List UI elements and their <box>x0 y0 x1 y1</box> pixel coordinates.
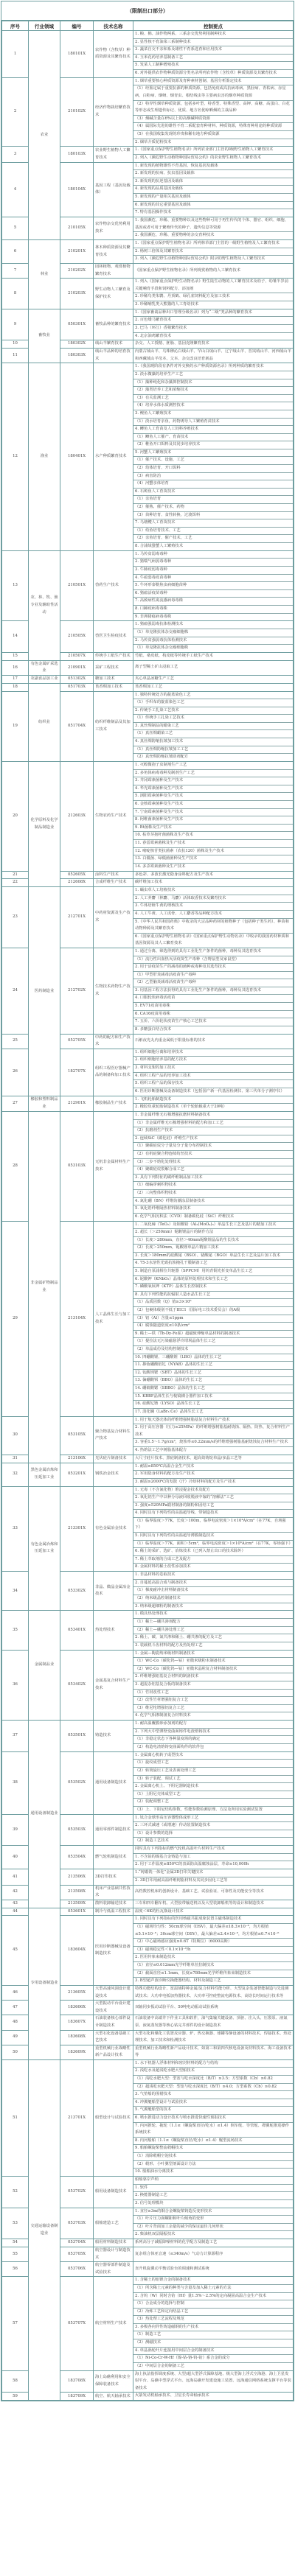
tech-code: 053401X <box>60 1611 94 1650</box>
control-point: 4. 化学气相渗制备复合材料技术 <box>133 1712 293 1720</box>
control-point: （2）WC-Co（碳化钨—钴）亚微米晶粒复合材料制备技术 <box>133 1666 293 1674</box>
tech-code: 053704X <box>60 2239 94 2247</box>
control-point: 1. 二氧化碲（TeO₂）及钼酸铅（Al₂(MoO₄)₃）单晶生长工艺及基片的精… <box>133 1222 293 1230</box>
tech-code: 183708X <box>60 2370 94 2393</box>
control-point: 5. 牛环形泰勒焦虫病细胞苗种 <box>133 582 293 590</box>
control-point: 海上执法指挥调度系统、大型/超大型浮式保障基地、极大型海上浮式空海港、海上卫星发… <box>133 2371 293 2393</box>
control-point: 2. 金属离心机上、下阻尼器制造技术 <box>133 1783 293 1791</box>
control-point: 5.《中华人民共和国药典》中收录的大宗品种药材的植物种子（包括种子类生药）、种苗… <box>133 919 293 934</box>
tech-name: 中药材资源及生产技术 <box>94 887 133 948</box>
control-point: （2）改性竹材增强铝复合工艺 <box>133 1697 293 1705</box>
industry-domain: 农业 <box>29 31 60 240</box>
tech-code: 053707X <box>60 2277 94 2370</box>
row-number: 59 <box>2 2393 29 2401</box>
tech-code: 053201X <box>60 1463 94 1486</box>
row-number: 56 <box>2 2262 29 2277</box>
control-points: 碳纤维加工技术 <box>133 879 294 887</box>
row-number: 22 <box>2 879 29 887</box>
control-point: 竹纸、桑皮纸、构皮纸等传统手工纸生产技术 <box>133 653 293 660</box>
tech-name: 航空器设计与制造技术 <box>94 2247 133 2261</box>
control-point: 4. 真丝绸防缩抗皱加工技术 <box>133 738 293 746</box>
control-points: 重型机械行业战略性新产品设计技术，如第三和第四代核电设备及材料技术、海工设备技术… <box>133 2045 294 2059</box>
control-points: 《国家重点保护野生植物名录》所列观赏植物的人工繁育技术 <box>133 264 294 279</box>
row-number: 8 <box>2 279 29 309</box>
control-point: 高档数控机床的创新设计、基础工艺、试验验证、可靠性及功能安全等技术 <box>133 1889 293 1896</box>
industry-domain: 有色金属冶炼和压延加工业 <box>29 1486 60 1611</box>
control-point: 3. 多极各向异性铸造磁钢的生产技术 <box>133 2324 293 2332</box>
row-number: 41 <box>2 1869 29 1885</box>
tech-code: 180104X <box>60 162 94 217</box>
control-point: 3. 信号处理模块 <box>133 2200 293 2208</box>
control-point: （1）上阻尼壳体成型工艺 <box>133 1791 293 1799</box>
tech-code: 052705X <box>60 1034 94 1049</box>
control-points: 莨香绸加工工艺 <box>133 683 294 691</box>
control-points: 海上执法指挥调度系统、大型/超大型浮式保障基地、极大型海上浮式空海港、海上卫星发… <box>133 2370 294 2393</box>
tech-name: 航空材料生产技术 <box>94 2277 133 2370</box>
tech-code: 210501X <box>60 550 94 621</box>
row-number: 53 <box>2 2208 29 2239</box>
row-number: 13 <box>2 550 29 621</box>
row-number: 3 <box>2 147 29 162</box>
control-point: 2. 显性核不育油菜三系制种技术 <box>133 39 293 47</box>
control-points: 竹纸、桑皮纸、构皮纸等传统手工纸生产技术 <box>133 652 294 660</box>
industry-domain: 有色金属矿采选业 <box>29 660 60 675</box>
control-points: 1. 耐温≥850℃高温合金生产技术2. 军用隐身材料的配方及生产技术3. 耐温… <box>133 1463 294 1486</box>
control-point: 2. 传统手工扎染工艺技术 <box>133 707 293 715</box>
control-point: 8. 内河船舶（1.1≤（螺旋桨直径/吃水）≤1.4）艉型流场技术 <box>133 2138 293 2146</box>
control-point: 9. Bt菌株及生产技术 <box>133 825 293 833</box>
tech-name: 绒山羊繁育技术 <box>94 340 133 349</box>
control-point: （2）构造电渣熔铸变曲面构件的软件包 <box>133 1744 293 1751</box>
industry-domain: 交通运输设备制造业 <box>29 2059 60 2400</box>
control-point: （1）长度＞280mm，直径＞40mm铌酸锂晶品的生长技术 <box>133 1237 293 1245</box>
control-point: （2）中间层合金的制备工艺 <box>133 2363 293 2370</box>
tech-name: 野生动物人工繁育及保护技术 <box>94 279 133 309</box>
control-point: 2. 新发现的抗病、抗虫基因及载体 <box>133 170 293 178</box>
tech-name: 3D打印技术 <box>94 1869 133 1885</box>
control-point: （2）有机硅聚合物连续纺丝技术 <box>133 1151 293 1159</box>
tech-name: 绒山羊品种的培育技术 <box>94 349 133 363</box>
tech-code: 213104X <box>60 1221 94 1416</box>
control-point: 2. 医用传象束制造技术 <box>133 1954 293 1962</box>
table-row: 12渔业180401X水产种质繁育技术1.《我国现阶段有条件对外交换的水产种质资… <box>2 363 294 550</box>
control-point: （1）聚碳硅烷分子量及分子量分布控制技术 <box>133 1143 293 1151</box>
control-point: 6. 化学气相沉积法（CVD）制备碳化硅（SiC）纤维技术 <box>133 1214 293 1221</box>
tech-code: 180103X <box>60 147 94 162</box>
control-points: 1.《国家重点保护野生植物名录》所列农业部门主管的I级野生植物人工繁育技术2. … <box>133 147 294 162</box>
industry-domain: 非金属矿物制品业 <box>29 1112 60 1463</box>
control-point: 2. 超长（＞250mm）铌酸锂晶片的制作方法 <box>133 1229 293 1237</box>
tech-name: 纺织纤维制品及其加工技术 <box>94 691 133 762</box>
control-point: （2）制造工艺技术 <box>133 1838 293 1845</box>
control-point: 3. 蔬菜自交不亲和系及雄性不育系选育和应用技术 <box>133 46 293 55</box>
tech-code: 053703X <box>60 2208 94 2239</box>
control-point: （2）叶片背面加工余量的减少的保证最佳几何形状 <box>133 2224 293 2232</box>
control-point: 4. 华光霉素菌种及生产技术 <box>133 785 293 794</box>
control-point: （1）提拉法无污染磁悬浮冷坩埚晶体生长工艺 <box>133 1338 293 1346</box>
tech-code: 182707X <box>60 1049 94 1096</box>
control-point: 2. 我国濒危、珍稀、重要物种的杂交育种技术 <box>133 232 293 239</box>
control-point: 8. 多糖蛋白结合技术 <box>133 1026 293 1034</box>
control-points: 离子型稀土矿山浸取工艺 <box>133 660 294 675</box>
control-points: 1.《国家畜禽品种出口管理分级名录》列为“二级”类品种的繁育技术2. 百色矮马繁… <box>133 309 294 340</box>
control-point: 6. 铌酸钾（KNbO₃）晶体的原料处理技术和生长工艺 <box>133 1276 293 1284</box>
control-point: （1）催产技术、设施、工艺 <box>133 457 293 465</box>
tech-name: 铸造技术 <box>94 1721 133 1752</box>
control-point: 2. 含钨（W）同时含铪（Hf）量1.5%～2.5%的定向凝固高温合金生产技术 <box>133 2293 293 2301</box>
control-point: 5. 同时具有下列特性的高温超导薄膜制造技术 <box>133 1533 293 1541</box>
control-point: 5. 气翼艇船型的技术 <box>133 2107 293 2115</box>
control-point: （3）维尼纶增强铝复合工艺 <box>133 1705 293 1713</box>
row-number: 7 <box>2 264 29 279</box>
tech-name: 制冷与低温工程技术 <box>94 1908 133 1916</box>
control-points: 三车和四车翻车机、大型胶带输送机以及大型装卸船机等的设计和制造技术 <box>133 1900 294 1908</box>
industry-domain: 农、林、牧、渔专业及辅助性活动 <box>29 550 60 660</box>
control-point: 2. 用于高压容器（压力≥25MPa）的纤维增强树脂基耐烧蚀、隔热、防热、复合材… <box>133 1424 293 1439</box>
row-number: 34 <box>2 1572 29 1611</box>
row-number: 29 <box>2 1221 29 1416</box>
control-points: 内蒙古绒山羊、乌珠穆沁白绒山羊、罕山白绒山羊、辽宁绒山羊、晋岚绒山羊、河西绒山羊… <box>133 349 294 363</box>
control-point: 2. 人工养麝（林麝、马麝）活体取香技术及繁育技术 <box>133 895 293 903</box>
control-point: 2. 自蔓延高温合成与制备技术 <box>133 1580 293 1588</box>
control-point: 2. 三环式减速（或增速）传动装置制造技术 <box>133 1822 293 1830</box>
control-point: 2. 连续SiC（碳化硅）纤维生产技术 <box>133 1135 293 1144</box>
tech-name: 通用零部件制造技术 <box>94 1814 133 1846</box>
industry-domain: 医药制造业 <box>29 887 60 1096</box>
control-point: （3）转子装配、调试工艺 <box>133 1776 293 1784</box>
control-point: 2. 多角体病毒毒种及制剂生产工艺 <box>133 770 293 778</box>
control-points: 特殊功能结构设计、宽温域特种金属/复合材料性能分析、大型复杂装备智能制造与先进测… <box>133 1985 294 2000</box>
row-number: 10 <box>2 340 29 349</box>
control-point: （4）培养水体水质测控技术 <box>133 402 293 410</box>
control-point: （2）特异性烟草种质资源，包括多叶型、特香型、特殊香型、高钾、高糖、高蛋白、白花… <box>133 101 293 116</box>
control-point: 1. 组织细胞分离和培养技术 <box>133 1049 293 1057</box>
control-point: 7. 高致病性禽流感病毒毒株 <box>133 598 293 606</box>
tech-name: 畜牧品种的繁育技术 <box>94 309 133 340</box>
tech-name: 基因工程（基因及载体） <box>94 162 133 217</box>
tech-name: 人工晶体生长与加工技术 <box>94 1221 133 1416</box>
header-points: 控制要点 <box>133 21 294 31</box>
control-point: 2. 百色矮马繁育技术 <box>133 317 293 325</box>
tech-code: 213701X <box>60 2059 94 2176</box>
tech-code: 053601X <box>60 1908 94 1916</box>
control-points: 石斛夜光丸内重金属低于限量标准的技术 <box>133 1034 294 1049</box>
control-point: 重型机械行业战略性新产品设计技术，如第三和第四代核电设备及材料技术、海工设备技术… <box>133 2045 293 2059</box>
industry-domain: 黑色金属冶炼和压延加工业 <box>29 1463 60 1486</box>
tech-code: 053402X <box>60 1650 94 1721</box>
table-row: 33有色金属冶炼和压延加工业213301X有色金属冶金技术1. 无毒（不含氰化物… <box>2 1486 294 1572</box>
control-point: 4. 75-3水溶性光致抗蚀掩孔干膜制备工艺 <box>133 1260 293 1268</box>
control-point: 离子型稀土矿山浸取工艺 <box>133 664 293 671</box>
control-point: 2. 马传贫强弱毒抗体检测技术 <box>133 637 293 645</box>
header-no: 序号 <box>2 21 29 31</box>
control-point: 2. 珍稀鸟类朱鹮、丹顶鹤、绿孔雀饲料配方及加工技术 <box>133 293 293 301</box>
control-point: （2）藻类培养工艺和浓缩技术 <box>133 387 293 395</box>
control-point: 9. 非洲猪瘟病毒毒株 <box>133 614 293 621</box>
control-point: 6. 金核霉素菌种及生产技术 <box>133 801 293 809</box>
tech-name: 经济作物栽培繁育技术 <box>94 77 133 147</box>
control-points: 1. 非晶材料的卷取技术2. 自蔓延高温合成与制备技术（1）梯度耐冲击材料制备技… <box>133 1572 294 1611</box>
control-point: 2. 换能器制造工艺 <box>133 2192 293 2200</box>
control-point: 双轴同步振动试验平台、50吨电动振动试验系统 <box>133 2004 293 2012</box>
control-point: （1）磁场均匀性：50cm球空间（DSV），最大偏差≤18.3×10⁻⁶，均方根… <box>133 1924 293 1939</box>
control-point: 2. 氧化铝生产中以种分母液回收脱液中镓的“溶解法”工艺 <box>133 1494 293 1502</box>
table-row: 44专用设备制造业053601X制冷与低温工程技术温度＜6K的杜瓦瓶设计技术 <box>2 1908 294 1916</box>
control-point: 4. 口服轮状病毒活疫苗 <box>133 995 293 1003</box>
control-point: 1. 猪瘟强弱毒抗体检测技术 <box>133 621 293 629</box>
control-points: 1. 马传贫弱毒毒种2. 猪喘气病弱毒毒种3. 牛肺疫弱毒毒种4. 牛瘟弱毒疫苗… <box>133 550 294 621</box>
tech-code: 213605X <box>60 1985 94 2000</box>
table-body: 1农业180101X农作物（含牧草）种质资源及其繁育技术1. 粮、棉、油作物两系… <box>2 31 294 2401</box>
industry-domain: 渔业 <box>29 363 60 550</box>
tech-name: 兽药生产技术 <box>94 550 133 621</box>
control-point: 石油装备中高端井下作业工具和软件，油气集输关键设备、顶驱、注入头、压裂泵、液氮泵… <box>133 2015 293 2029</box>
table-row: 13农、林、牧、渔专业及辅助性活动210501X兽药生产技术1. 马传贫弱毒毒种… <box>2 550 294 621</box>
control-point: 7. 特有基因操作技术 <box>133 209 293 217</box>
control-point: 3. 用基因工程方法获得的具有工业化生产条件的菌种，毒种及其选育技术 <box>133 987 293 995</box>
tech-code: 212901X <box>60 1096 94 1111</box>
tech-code: 183609X <box>60 2045 94 2059</box>
control-point: 12. 钛酸钡锶（SBT）晶体的生长工艺 <box>133 1370 293 1378</box>
control-point: 2. 用于工作温度≥850℃的表面防高温腐蚀涂层，寿命≥10,000h <box>133 1861 293 1869</box>
tech-code: 180101X <box>60 31 94 78</box>
row-number: 43 <box>2 1900 29 1908</box>
row-number: 32 <box>2 1463 29 1486</box>
control-point: （1）设计参数的选择 <box>133 1830 293 1838</box>
control-point: （2）乙型脑炎减毒活疫苗生产毒种 <box>133 979 293 987</box>
tech-name: 林木种质资源及其繁育技术 <box>94 240 133 264</box>
control-point: 9. 稀土—铁（Tb-Dy-Fe系）超磁致伸缩单晶材料的制备技术 <box>133 1331 293 1339</box>
control-point: 1. 粮、棉、油作物两系、三系杂交优势利用制种技术 <box>133 31 293 39</box>
control-point: （1）制造工艺 <box>133 2331 293 2339</box>
row-number: 48 <box>2 2015 29 2030</box>
control-point: 大型石化和煤化工装置反应器、炉、热交换器、球罐等静设备的材料技术、焊接技术、热处… <box>133 2031 293 2045</box>
control-point: 1. 非晶材料的卷取技术 <box>133 1572 293 1580</box>
control-point: 11. 春雷霉素菌株及生产技术 <box>133 840 293 848</box>
control-point: 三车和四车翻车机、大型胶带输送机以及大型装卸船机等的设计和制造技术 <box>133 1900 293 1908</box>
tech-code: 213509X <box>60 1900 94 1908</box>
control-points: 1. 同时具有下列指标的医用核磁共振成象装置主磁体制造技术（1）磁场均匀性：50… <box>133 1916 294 1986</box>
control-point: 2. 淡水微藻的培养生产工艺 <box>133 371 293 379</box>
control-point: 4. 人工牛黄、人工虎骨、人工麝香等品种配方技术 <box>133 911 293 919</box>
control-point: 1. 含稀土的铝锂合金的制备技术 <box>133 2277 293 2285</box>
control-point: （2）单晶成份及结构控制技术 <box>133 1346 293 1354</box>
row-number: 23 <box>2 887 29 948</box>
table-row: 16有色金属矿采选业210901X采矿工程技术离子型稀土矿山浸取工艺 <box>2 660 294 675</box>
control-points: 1. 金属—陶瓷纳米级材料制备技术（1）WC-Co（碳化钨—钴）亚微米级粉末制备… <box>133 1650 294 1721</box>
control-point: （4）腐蚀隧道密度≤10条/cm² <box>133 1323 293 1331</box>
control-point: 8. 具有下列性能的抗辐射人造水晶生长工艺 <box>133 1292 293 1300</box>
control-point: 1. 独特传统处方的靛蓝染色工艺 <box>133 692 293 700</box>
control-point: （1）稀土—硼共渗剂配方 <box>133 1619 293 1627</box>
control-point: 1.《国家重点保护野生植物名录》所列林草部门主管的一级野生植物及人工繁育技术 <box>133 240 293 248</box>
control-point: 1. 钛合金球形高压容器整体成形工艺 <box>133 1815 293 1823</box>
control-point: 1.“铸锻铣一体化”金属3D打印关键技术 <box>133 1869 293 1877</box>
control-point: 1. 无毒（不含氰化物）堆浸提金技术及配方 <box>133 1487 293 1495</box>
control-point: （1）流行性出血热灭活疫苗生产毒种（含野鼠型及家鼠型） <box>133 956 293 965</box>
control-point: 1. 烟草重要核心种质资源及育种素材创制、基因分析鉴定技术 <box>133 78 293 86</box>
tech-name: 涂料生产技术 <box>94 871 133 879</box>
control-points: 系列高分子减振降噪材料的化学配方及制造工艺 <box>133 2239 294 2247</box>
control-point: 2. 用于活疫苗生产的减毒的菌种或毒种及其选育技术 <box>133 964 293 972</box>
tech-code: 053503X <box>60 1814 94 1846</box>
control-point: 内蒙古绒山羊、乌珠穆沁白绒山羊、罕山白绒山羊、辽宁绒山羊、晋岚绒山羊、河西绒山羊… <box>133 349 293 363</box>
table-row: 51交通运输设备制造业213701X船型设计与试验技术1. 水下机器人浮体材料和… <box>2 2059 294 2176</box>
control-point: 3. 耐温≥2000℃的发散（汗）冷却材料的配方及生产技术 <box>133 1479 293 1486</box>
control-point: 温度＜6K的杜瓦瓶设计技术 <box>133 1908 293 1916</box>
tech-code: 183608X <box>60 2030 94 2045</box>
control-point: 2. 军用隐身材料的配方及生产技术 <box>133 1471 293 1479</box>
control-points: 1. 非金属纤维无石棉增强抗磨材料制备技术（1）非金属纤维无石棉增强材料的配方和… <box>133 1112 294 1222</box>
industry-domain: 专用设备制造业 <box>29 1908 60 2059</box>
control-points: 多色彩、多波长激光隐身涂料配方及生产技术 <box>133 871 294 879</box>
tech-code: 210505X <box>60 621 94 653</box>
tech-code: 183607X <box>60 2015 94 2030</box>
row-number: 24 <box>2 948 29 1034</box>
control-points: 1. 组织细胞分离和培养技术2. 组织细胞培养基的配方技术3. 材料支架的加工技… <box>133 1049 294 1096</box>
control-point: 17. 溴化镧（LaBr₃:Ce）晶体生长工艺 <box>133 1409 293 1416</box>
control-point: 3. 装载机斗齿材料的配方及热处理工艺 <box>133 1642 293 1650</box>
tech-code: 213506X <box>60 1869 94 1885</box>
control-point: 1. 耐温≥850℃高温合金生产技术 <box>133 1463 293 1471</box>
control-points: 石油装备中高端井下作业工具和软件，油气集输关键设备、顶驱、注入头、压裂泵、液氮泵… <box>133 2015 294 2030</box>
table-row: 37通用设备制造业053501X铸造技术1. 耐高温覆膜砂添加剂的配方2. 下列… <box>2 1721 294 1752</box>
tech-name: 农业野生植物人工繁育技术 <box>94 147 133 162</box>
control-point: 4. 热熔法工艺中树脂基体配方 <box>133 1447 293 1455</box>
control-point: 2. 柴油机双层隔振技术 <box>133 2231 293 2239</box>
control-point: 直升机旋翼动平衡试验台的调速和测试系统 <box>133 2266 293 2273</box>
control-point: 5. 新发现的产量相关基因及载体 <box>133 194 293 202</box>
industry-domain: 农副食品加工业 <box>29 675 60 683</box>
control-points: 1. 新发现的植物雄性不育基因、恢复基因及载体2. 新发现的抗病、抗虫基因及载体… <box>133 162 294 217</box>
tech-name: 钢铁冶金技术 <box>94 1463 133 1486</box>
control-point: 1. 金属—陶瓷纳米级材料制备技术 <box>133 1651 293 1659</box>
control-point: （3）有关监测工艺 <box>133 395 293 403</box>
row-number: 21 <box>2 871 29 879</box>
control-point: 5. 氧化锆纤维隔热材料制备技术 <box>133 1205 293 1214</box>
control-point: （1）竹材改性工艺 <box>133 1690 293 1698</box>
control-point: 3. 牛体培植牛黄的埋核技术 <box>133 903 293 911</box>
industry-domain: 橡胶和塑料制品业 <box>29 1096 60 1111</box>
control-point: （1）旋纹成型工艺 <box>133 1760 293 1768</box>
control-point: 11. 掺钕硼酸铝钇（NYAB）晶体的生长工艺 <box>133 1362 293 1370</box>
industry-domain: 畜牧业 <box>29 309 60 363</box>
control-point: （2）亲鱼培育、催产技术、工艺 <box>133 535 293 543</box>
tech-code: 053504X <box>60 1846 94 1869</box>
control-points: 杂交、人工授精、胚胎、基因克隆繁育技术 <box>133 340 294 349</box>
control-point: 夹心单晶冰糖生产工艺 <box>133 676 293 683</box>
row-number: 36 <box>2 1650 29 1721</box>
tech-name: 大型振动平台设计建设技术 <box>94 2001 133 2015</box>
tech-code: 210102X <box>60 77 94 147</box>
control-point: 多色彩、多波长激光隐身涂料配方及生产技术 <box>133 872 293 879</box>
control-point: 6. 稀土的采矿、选矿、冶炼技术（已列入禁止出口的技术除外） <box>133 1548 293 1556</box>
control-point: 3. 井冈霉素菌种及生产技术 <box>133 777 293 785</box>
control-points: 1. 烟草重要核心种质资源及育种素材创制、基因分析鉴定技术（1）经鉴定属于重要抗… <box>133 77 294 147</box>
row-number: 45 <box>2 1916 29 1986</box>
control-point: （3）二步不熔化处理技术 <box>133 1159 293 1167</box>
control-point: 10. 船舶油水分离技术 <box>133 2169 293 2176</box>
tech-name: 莨香绸加工技术 <box>94 683 133 691</box>
control-point: 5. EV71疫苗用毒株 <box>133 1003 293 1011</box>
control-point: （2）转筒旋压工艺及表面处理工艺 <box>133 1768 293 1776</box>
control-point: （1）甲型肝炎减毒活疫苗生产毒种 <box>133 972 293 980</box>
tech-code: 212608X <box>60 879 94 887</box>
table-row: 23医药制造业212701X中药材资源及生产技术1. 蛹虫草人工培植技术2. 人… <box>2 887 294 948</box>
row-number: 54 <box>2 2239 29 2247</box>
control-point: 3. 鳗鱼人工繁殖技术 <box>133 410 293 419</box>
control-point: 1. 软件 <box>133 2185 293 2193</box>
row-number: 52 <box>2 2177 29 2208</box>
control-point: 4. 新发现的品质基因及载体 <box>133 186 293 194</box>
control-point: 2. 橡胶负重轮胎制造技术（单个轮胎载重大于20吨） <box>133 1104 293 1111</box>
control-point: 4. 同时具有下列特性的高温超导线、带制造技术 <box>133 1510 293 1518</box>
tech-name: 中药的配方和生产技术 <box>94 1034 133 1049</box>
control-point: 1. 模具热处理技术 <box>133 1611 293 1619</box>
control-points: 1. 列入《国家重点保护野生动物名录》野生陆生动物的人工繁育技术及幼子、幼雏半岁… <box>133 279 294 309</box>
control-point: 1. 直径≥3m的铜合金螺旋桨铸造反变形技术 <box>133 2208 293 2216</box>
control-point: （2）超浅吃水肥大型：型宽与吃水深度比（B/T）≥4.0；方型系数（Cb）≥0.… <box>133 2084 293 2092</box>
control-point: 13. 白僵菌、绿僵菌菌种及生产技术 <box>133 855 293 864</box>
control-point: （2）冶炼工艺和定向结晶工艺 <box>133 2309 293 2317</box>
control-point: 7. 稀土萃取剂的合成工艺及配方 <box>133 1556 293 1564</box>
control-point: （3）上、下阻尼结构参数，性能参数检测原理、方法及所用实验测试装置 <box>133 1807 293 1814</box>
tech-name: 传统手工纸生产技术 <box>94 652 133 660</box>
industry-domain: 林业 <box>29 240 60 309</box>
control-point: 4. 牛瘟弱毒疫苗毒种 <box>133 575 293 583</box>
row-number: 40 <box>2 1846 29 1869</box>
row-number: 35 <box>2 1611 29 1650</box>
control-point: （2）包裹体级别不低于IEC1（国际电工技术委员会）的A级 <box>133 1307 293 1315</box>
row-number: 27 <box>2 1096 29 1111</box>
row-number: 1 <box>2 31 29 78</box>
control-points: 1. 含稀土的铝锂合金的制备技术（1）所含稀土元素的种类与含量及加入稀土元素的方… <box>133 2277 294 2370</box>
industry-domain: 纺织业 <box>29 683 60 761</box>
tech-name: 糖加工技术 <box>94 675 133 683</box>
control-point: 16. 硅酸钇镥（LYSO）晶体生长工艺 <box>133 1401 293 1409</box>
control-point: 3. 新发现的抗逆基因及载体 <box>133 178 293 186</box>
control-points: 1. 二氧化碲（TeO₂）及钼酸铅（Al₂(MoO₄)₃）单晶生长工艺及基片的精… <box>133 1221 294 1416</box>
row-number: 58 <box>2 2370 29 2393</box>
control-point: 8. 金属材料的稀土改性添加技术 <box>133 1564 293 1571</box>
tech-name: 石油装备核心部件设计制造技术 <box>94 2015 133 2030</box>
control-point: （1）临界温度＞77K，长度＞100m，临界电流密度＞1×10⁴A/cm²（在7… <box>133 1518 293 1533</box>
control-point: 9. 船舶螺旋桨整流毂帽技术 <box>133 2145 293 2153</box>
control-point: 8. 阿维菌素菌种及生产技术 <box>133 816 293 825</box>
table-row: 17农副食品加工业051302X糖加工技术夹心单晶冰糖生产工艺 <box>2 675 294 683</box>
control-point: 14. 多杀霉素菌种及生产技术 <box>133 864 293 871</box>
control-point: （1）梯度耐冲击材料制备技术 <box>133 1587 293 1595</box>
control-points: 1.《我国现阶段有条件对外交换的水产种质资源名录》所列种质的繁育技术2. 淡水微… <box>133 363 294 550</box>
row-number: 6 <box>2 240 29 264</box>
control-point: 1. 同时具有下列指标的医用核磁共振成象装置主磁体制造技术 <box>133 1916 293 1924</box>
row-number: 20 <box>2 762 29 872</box>
table-row: 20化学原料及化学制品制造业212603X生物农药生产技术1. 灭蝗微孢子虫制剂… <box>2 762 294 872</box>
tech-name: 生物农药生产技术 <box>94 762 133 872</box>
row-number: 17 <box>2 675 29 683</box>
control-point: （2）幼体培育、开口饵料 <box>133 465 293 473</box>
table-row: 27橡胶和塑料制品业212901X橡胶制品生产技术1. 飞机轮胎制造技术2. 橡… <box>2 1096 294 1111</box>
control-point: （2）测磁技术 <box>133 2339 293 2348</box>
tech-code: 053501X <box>60 1721 94 1752</box>
tech-name: 园林植物、观赏植物繁育技术 <box>94 264 133 279</box>
control-point: （5）在我国收集发现的珍贵和稀有地方种质资源 <box>133 131 293 139</box>
tech-name: 光伏硅片制备技术 <box>94 1455 133 1463</box>
control-point: （2）稚鱼开口饵料及其同步培养技术 <box>133 441 293 449</box>
control-point: 3. 珍稀哺乳类大熊猫的人工育幼技术 <box>133 301 293 309</box>
control-point: 1. 金属离心机转子成型技术 <box>133 1752 293 1760</box>
control-point: 3. 超混杂铝基复合板的制备技术 <box>133 1681 293 1690</box>
